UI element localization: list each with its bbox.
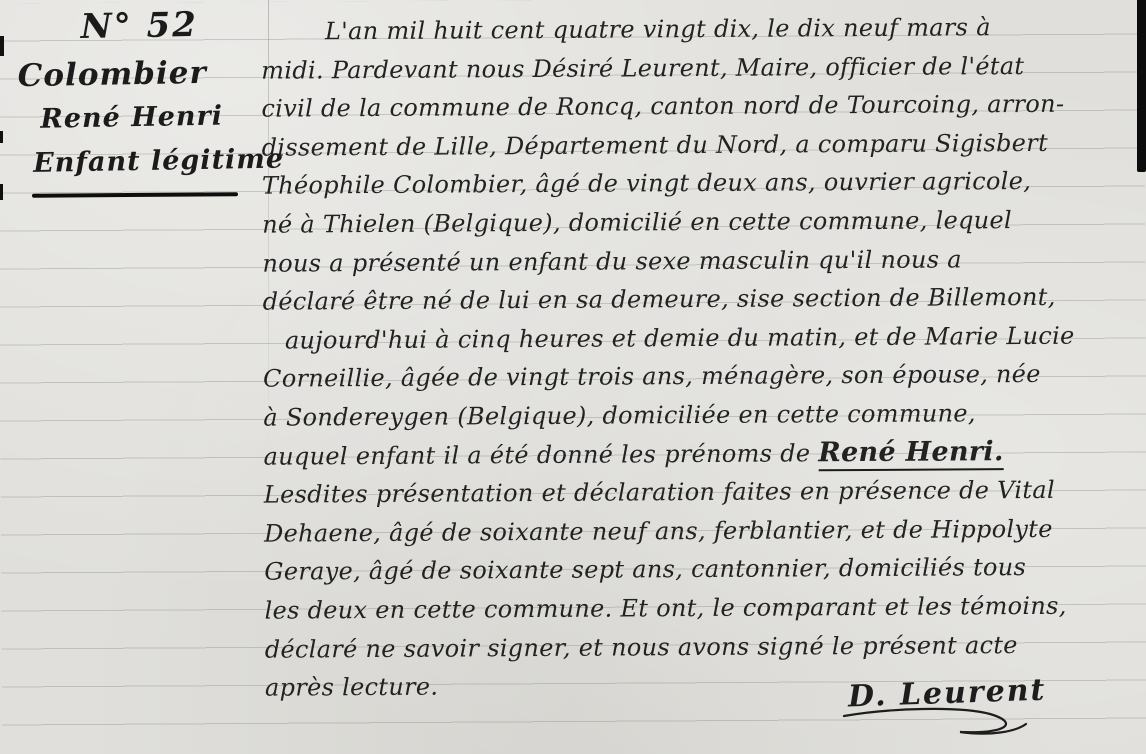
body-line: dissement de Lille, Département du Nord,… — [262, 123, 1137, 167]
body-line: Théophile Colombier, âgé de vingt deux a… — [262, 162, 1137, 206]
body-line-child-name: auquel enfant il a été donné les prénoms… — [263, 432, 1138, 476]
body-line: Lesdites présentation et déclaration fai… — [264, 470, 1139, 514]
body-line: midi. Pardevant nous Désiré Leurent, Mai… — [261, 46, 1136, 90]
body-line: aujourd'hui à cinq heures et demie du ma… — [263, 316, 1138, 360]
signature-flourish — [840, 706, 1030, 740]
body-line: à Sondereygen (Belgique), domiciliée en … — [263, 393, 1138, 437]
body-line: civil de la commune de Roncq, canton nor… — [261, 85, 1136, 129]
body-line: déclaré ne savoir signer, et nous avons … — [265, 625, 1140, 669]
body-line: Dehaene, âgé de soixante neuf ans, ferbl… — [264, 509, 1139, 553]
child-name: René Henri. — [818, 436, 1004, 471]
margin-given-names: René Henri — [18, 94, 264, 142]
act-number: N° 52 — [16, 4, 262, 48]
body-line: né à Thielen (Belgique), domicilié en ce… — [262, 200, 1137, 244]
scan-artifact — [0, 36, 4, 56]
body-line: les deux en cette commune. Et ont, le co… — [264, 586, 1139, 630]
margin-rule — [32, 192, 238, 197]
register-page: N° 52 Colombier René Henri Enfant légiti… — [0, 0, 1146, 754]
body-line: nous a présenté un enfant du sexe mascul… — [262, 239, 1137, 283]
body-line: déclaré être né de lui en sa demeure, si… — [263, 277, 1138, 321]
page-edge-bar — [1137, 0, 1146, 172]
margin-column: N° 52 Colombier René Henri Enfant légiti… — [16, 4, 264, 186]
name-line-prefix: auquel enfant il a été donné les prénoms… — [264, 439, 819, 470]
body-line: Geraye, âgé de soixante sept ans, canton… — [264, 548, 1139, 592]
scan-artifact — [0, 131, 3, 143]
margin-surname: Colombier — [17, 50, 263, 98]
margin-child-status: Enfant légitime — [19, 138, 265, 186]
body-line: Corneillie, âgée de vingt trois ans, mén… — [263, 355, 1138, 399]
body-line: L'an mil huit cent quatre vingt dix, le … — [261, 7, 1136, 51]
scan-artifact — [0, 184, 3, 200]
act-body-text: L'an mil huit cent quatre vingt dix, le … — [261, 7, 1140, 707]
